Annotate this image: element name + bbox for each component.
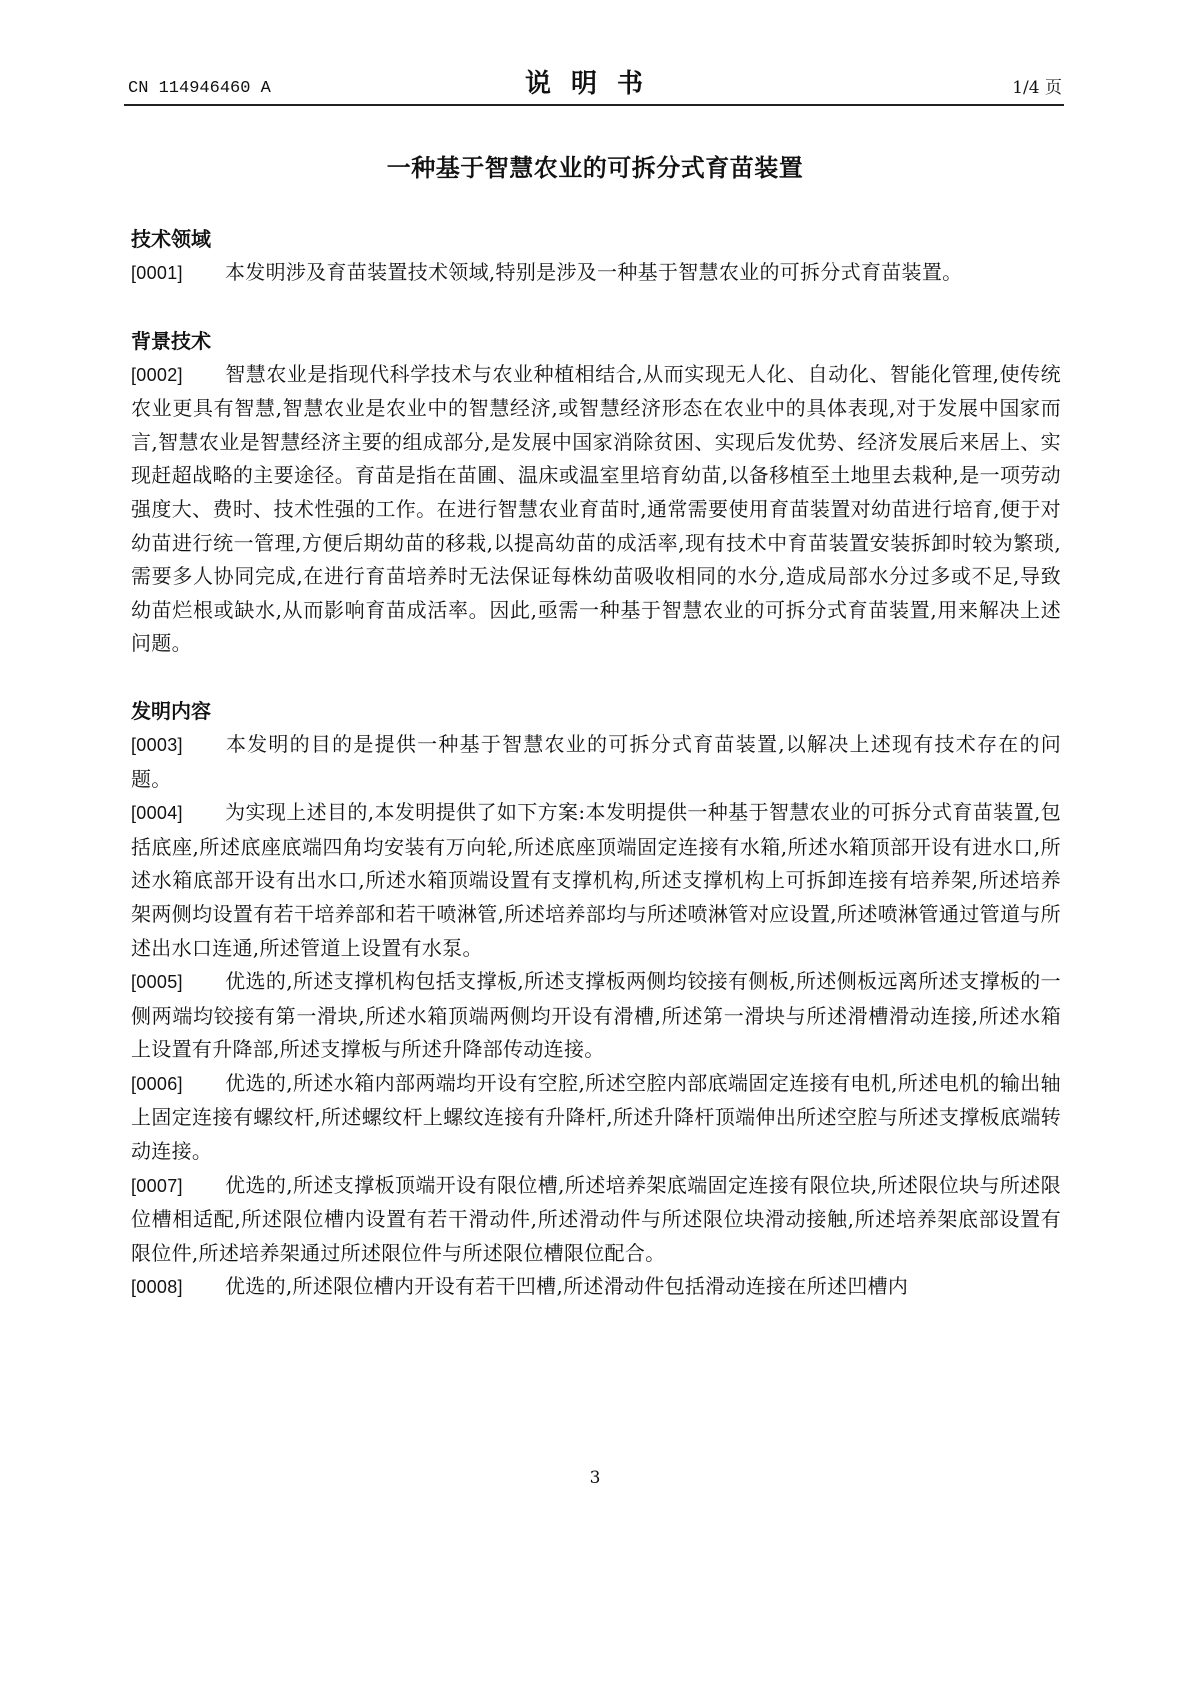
paragraph-number: [0004] [131,797,225,831]
paragraph-text: 优选的,所述水箱内部两端均开设有空腔,所述空腔内部底端固定连接有电机,所述电机的… [131,1071,1061,1163]
section-summary: 发明内容 [0003]本发明的目的是提供一种基于智慧农业的可拆分式育苗装置,以解… [131,694,1061,1305]
section-technical-field: 技术领域 [0001]本发明涉及育苗装置技术领域,特别是涉及一种基于智慧农业的可… [131,222,1061,291]
paragraph: [0005]优选的,所述支撑机构包括支撑板,所述支撑板两侧均铰接有侧板,所述侧板… [131,965,1061,1067]
page-indicator: 1/4 页 [1012,73,1062,98]
paragraph-number: [0001] [131,257,225,291]
paragraph: [0004]为实现上述目的,本发明提供了如下方案:本发明提供一种基于智慧农业的可… [131,796,1061,965]
paragraph: [0008]优选的,所述限位槽内开设有若干凹槽,所述滑动件包括滑动连接在所述凹槽… [131,1270,1061,1305]
document-type-heading: 说明书 [124,63,1064,100]
paragraph: [0001]本发明涉及育苗装置技术领域,特别是涉及一种基于智慧农业的可拆分式育苗… [131,256,1061,291]
paragraph: [0003]本发明的目的是提供一种基于智慧农业的可拆分式育苗装置,以解决上述现有… [131,728,1061,796]
paragraph-number: [0008] [131,1271,225,1305]
paragraph-text: 优选的,所述限位槽内开设有若干凹槽,所述滑动件包括滑动连接在所述凹槽内 [225,1274,908,1298]
paragraph-text: 为实现上述目的,本发明提供了如下方案:本发明提供一种基于智慧农业的可拆分式育苗装… [131,800,1061,959]
paragraph: [0007]优选的,所述支撑板顶端开设有限位槽,所述培养架底端固定连接有限位块,… [131,1169,1061,1271]
page-header: CN 114946460 A 说明书 1/4 页 [124,66,1064,106]
paragraph: [0006]优选的,所述水箱内部两端均开设有空腔,所述空腔内部底端固定连接有电机… [131,1067,1061,1169]
paragraph-text: 本发明涉及育苗装置技术领域,特别是涉及一种基于智慧农业的可拆分式育苗装置。 [225,260,962,284]
page-number: 3 [0,1468,1190,1488]
document-title: 一种基于智慧农业的可拆分式育苗装置 [0,148,1190,183]
paragraph-text: 优选的,所述支撑板顶端开设有限位槽,所述培养架底端固定连接有限位块,所述限位块与… [131,1173,1061,1265]
spacer [131,291,1061,324]
section-background: 背景技术 [0002]智慧农业是指现代科学技术与农业种植相结合,从而实现无人化、… [131,324,1061,661]
section-heading: 背景技术 [131,324,1061,358]
paragraph-number: [0007] [131,1170,225,1204]
paragraph-text: 智慧农业是指现代科学技术与农业种植相结合,从而实现无人化、自动化、智能化管理,使… [131,362,1061,656]
paragraph: [0002]智慧农业是指现代科学技术与农业种植相结合,从而实现无人化、自动化、智… [131,358,1061,661]
paragraph-number: [0003] [131,729,225,763]
paragraph-text: 优选的,所述支撑机构包括支撑板,所述支撑板两侧均铰接有侧板,所述侧板远离所述支撑… [131,969,1061,1061]
spacer [131,661,1061,694]
paragraph-number: [0006] [131,1068,225,1102]
document-body: 技术领域 [0001]本发明涉及育苗装置技术领域,特别是涉及一种基于智慧农业的可… [131,222,1061,1305]
paragraph-text: 本发明的目的是提供一种基于智慧农业的可拆分式育苗装置,以解决上述现有技术存在的问… [131,732,1061,791]
section-heading: 技术领域 [131,222,1061,256]
paragraph-number: [0005] [131,966,225,1000]
paragraph-number: [0002] [131,359,225,393]
section-heading: 发明内容 [131,694,1061,728]
